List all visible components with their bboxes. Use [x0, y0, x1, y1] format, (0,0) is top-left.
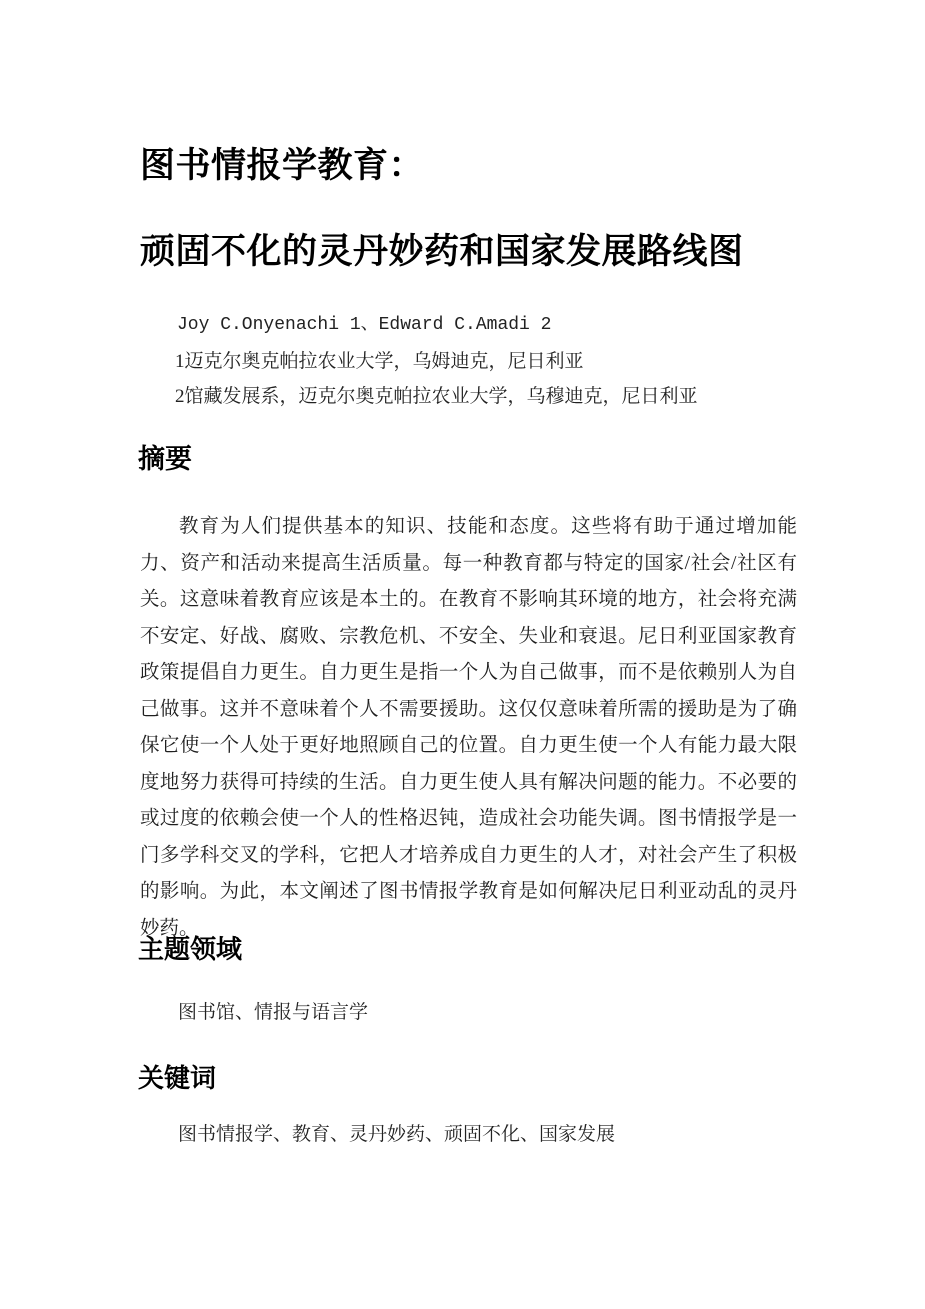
paper-title-line1: 图书情报学教育： — [140, 147, 424, 185]
affiliation-line-2: 2馆藏发展系，迈克尔奥克帕拉农业大学，乌穆迪克，尼日利亚 — [175, 385, 698, 409]
subject-areas-text: 图书馆、情报与语言学 — [178, 1001, 368, 1025]
paper-title-line2: 顽固不化的灵丹妙药和国家发展路线图 — [140, 233, 744, 271]
paper-page: 图书情报学教育： 顽固不化的灵丹妙药和国家发展路线图 Joy C.Onyenac… — [0, 0, 925, 1309]
abstract-text: 教育为人们提供基本的知识、技能和态度。这些将有助于通过增加能力、资产和活动来提高… — [140, 509, 797, 947]
keywords-text: 图书情报学、教育、灵丹妙药、顽固不化、国家发展 — [178, 1123, 615, 1147]
authors-line: Joy C.Onyenachi 1、Edward C.Amadi 2 — [177, 314, 551, 337]
keywords-heading: 关键词 — [138, 1063, 216, 1093]
abstract-heading: 摘要 — [138, 444, 192, 475]
affiliation-line-1: 1迈克尔奥克帕拉农业大学，乌姆迪克，尼日利亚 — [175, 350, 584, 374]
subject-areas-heading: 主题领域 — [138, 934, 242, 964]
